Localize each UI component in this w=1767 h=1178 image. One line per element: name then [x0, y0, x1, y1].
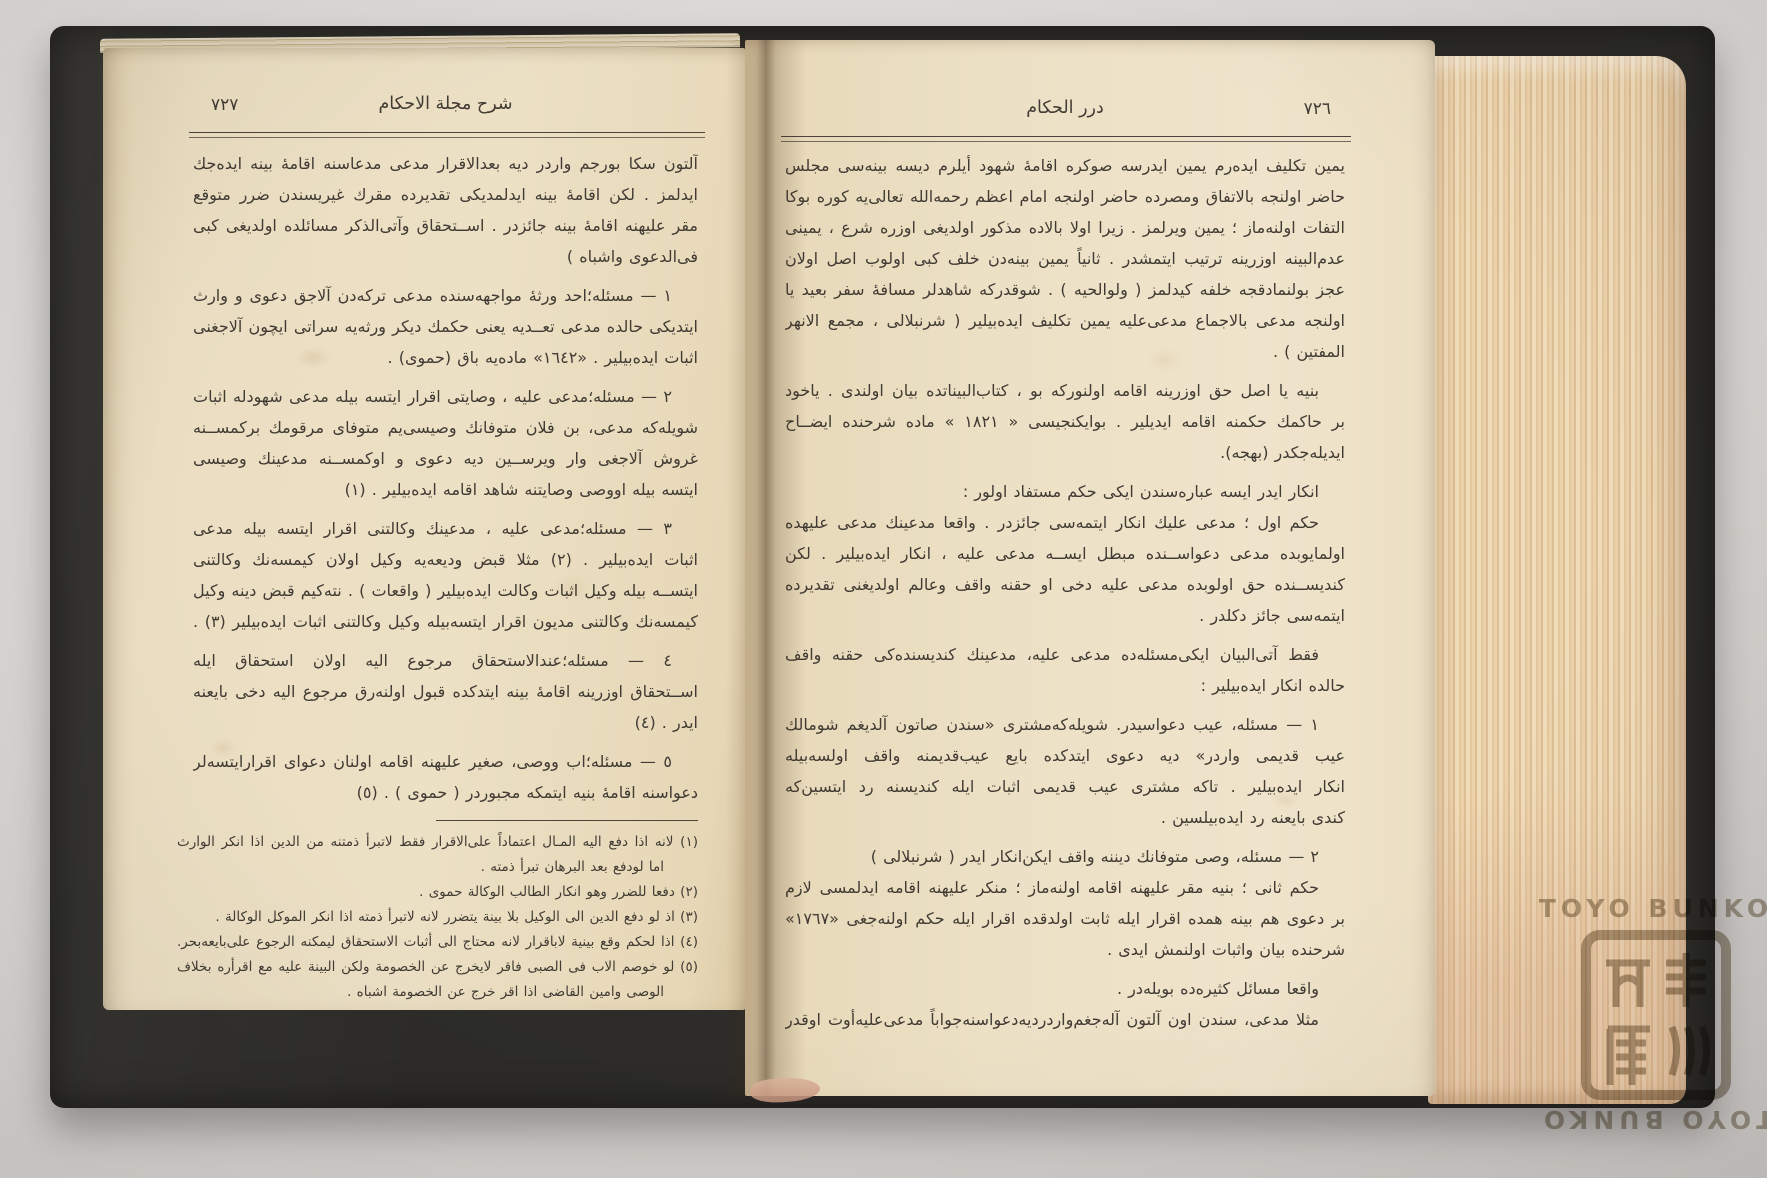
text-line: حكم اول ؛ مدعى عليك انكار ايتمه‌سى جائزد…: [785, 507, 1345, 538]
text-line: ٥ — مسئله؛اب ووصى، صغير عليهنه اقامه اول…: [193, 746, 698, 777]
right-page-header: ٧٢٦ درر الحكام: [785, 98, 1345, 128]
text-line: المفتين ) .: [785, 336, 1345, 367]
text-line: حاضر اولنجه بالاتفاق ومصرده حاضر اولنجه …: [785, 181, 1345, 212]
text-line: ايتســه بيله وكيل اثبات وكالت ايده‌بيلير…: [193, 575, 698, 606]
text-line: ٢ — مسئله؛مدعى عليه ، وصايتى اقرار ايتسه…: [193, 381, 698, 412]
text-line: فقط آتى‌البيان ايكى‌مسئله‌ده مدعى عليه، …: [785, 639, 1345, 670]
left-page-text: آلتون سكا بورجم واردر ديه بعدالاقرار مدع…: [193, 148, 698, 808]
toyo-bunko-text-bottom: TOYO BUNKO: [1538, 1105, 1767, 1134]
text-line: شرحنده بيان واثبات اولنمش ايدى .: [785, 934, 1345, 965]
text-line: (٥) لو خوصم الاب فى الصبى فاقر لايخرج عن…: [177, 955, 698, 980]
text-line: الوصى وامين القاضى اذا اقر خرج عن الخصوم…: [177, 980, 698, 1005]
text-line: ١ — مسئله؛احد ورثهٔ مواجهه‌سنده مدعى ترك…: [193, 280, 698, 311]
text-line: اثبات ايده‌بيلير . (٢) مثلا قبض وديعه‌يه…: [193, 544, 698, 575]
left-page-header: ٧٢٧ شرح مجلة الاحكام: [193, 94, 698, 124]
text-line: فى‌الدعوى واشباه ): [193, 241, 698, 272]
text-line: ايديله‌جكدر (بهجه).: [785, 437, 1345, 468]
text-line: مثلا مدعى، سندن اون آلتون آله‌جغم‌واردرد…: [785, 1004, 1345, 1035]
text-line: انكار ايده‌بيلير . تاكه مشترى عيب قديمى …: [785, 771, 1345, 802]
text-line: شويله‌كه مدعى، بن فلان متوفانك وصيسى‌يم …: [193, 412, 698, 443]
text-line: غروش آلاجغى وار ويرســين ديه دعوى و اوكم…: [193, 443, 698, 474]
book: ٧٢٧ شرح مجلة الاحكام آلتون سكا بورجم وار…: [50, 26, 1715, 1108]
text-line: (١) لانه اذا دفع اليه المـال اعتماداً عل…: [177, 830, 698, 855]
text-line: التفات اولنه‌ماز ؛ يمين ويرلمز . زيرا او…: [785, 212, 1345, 243]
left-page-footnotes: (١) لانه اذا دفع اليه المـال اعتماداً عل…: [177, 830, 698, 1005]
fore-edge-page-block: [1428, 56, 1686, 1104]
text-line: ٤ — مسئله؛عندالاستحقاق مرجوع اليه اولان …: [193, 645, 698, 676]
text-line: اولمايوبده مدعى دعواســنده مبطل ايســه م…: [785, 538, 1345, 569]
text-line: اولنجه مدعى بالاجماع مدعى‌عليه يمين تكلي…: [785, 305, 1345, 336]
text-line: دعواسنه اقامهٔ بنيه ايتمكه مجبوردر ( حمو…: [193, 777, 698, 808]
text-line: اثبات ايده‌بيلير . «١٦٤٢» ماده‌يه باق (ح…: [193, 342, 698, 373]
photo-background: ٧٢٧ شرح مجلة الاحكام آلتون سكا بورجم وار…: [0, 0, 1767, 1178]
text-line: حالده انكار ايده‌بيلير :: [785, 670, 1345, 701]
text-line: يمين تكليف ايده‌رم يمين ايدرسه صوكره اقا…: [785, 150, 1345, 181]
text-line: ٢ — مسئله، وصى متوفانك ديننه واقف ايكن‌ا…: [785, 841, 1345, 872]
text-line: ايتديكى حالده مدعى تعــديه يعنى حكمك ديك…: [193, 311, 698, 342]
left-page: ٧٢٧ شرح مجلة الاحكام آلتون سكا بورجم وار…: [103, 48, 745, 1010]
text-line: آلتون سكا بورجم واردر ديه بعدالاقرار مدع…: [193, 148, 698, 179]
text-line: عجز بولنمادقجه خلفه كيدلمز ( ولوالحيه ) …: [785, 274, 1345, 305]
text-line: كنديســنده حق اولوبده مدعى عليه دخى او ح…: [785, 569, 1345, 600]
left-page-title: شرح مجلة الاحكام: [193, 94, 698, 114]
text-line: مقر عليهنه اقامهٔ بينه جائزدر . اســتحقا…: [193, 210, 698, 241]
text-line: بنيه يا اصل حق اوزرينه اقامه اولنوركه بو…: [785, 375, 1345, 406]
text-line: انكار ايدر ايسه عباره‌سندن ايكى حكم مستف…: [785, 476, 1345, 507]
text-line: حكم ثانى ؛ بنيه مقر عليهنه اقامه اولنه‌م…: [785, 872, 1345, 903]
footnote-separator: [436, 820, 698, 821]
text-line: كندى بايعنه رد ايده‌بيلسين .: [785, 802, 1345, 833]
text-line: بر دعوى هم بينه همده اقرار ايله ثابت اول…: [785, 903, 1345, 934]
right-page-title: درر الحكام: [785, 98, 1345, 118]
text-line: عيب قديمى واردر» ديه دعوى ايتدكده بايع ع…: [785, 740, 1345, 771]
text-line: ايدلمز . لكن اقامهٔ بينه ايدلمديكى تقدير…: [193, 179, 698, 210]
text-line: عدم‌البينه اوزرينه ترتيب ايتمشدر . ثانيا…: [785, 243, 1345, 274]
text-line: كيمسه‌نك وكالتنى مديون اقرار ايتسه‌بيله …: [193, 606, 698, 637]
right-page: ٧٢٦ درر الحكام يمين تكليف ايده‌رم يمين ا…: [745, 40, 1435, 1096]
text-line: (٤) اذا لحكم وقع بينية لاباقرار لانه محت…: [177, 930, 698, 955]
text-line: اما لودفع بعد البرهان تبرأ ذمته .: [177, 855, 698, 880]
left-header-rule: [189, 132, 705, 138]
text-line: بر حاكمك حكمنه اقامه ايديلير . بوايكنجيس…: [785, 406, 1345, 437]
text-line: (٢) دفعا للضرر وهو انكار الطالب الوكالة …: [177, 880, 698, 905]
right-header-rule: [781, 136, 1351, 142]
text-line: ايتمه‌سى جائز دكلدر .: [785, 600, 1345, 631]
right-page-text: يمين تكليف ايده‌رم يمين ايدرسه صوكره اقا…: [785, 150, 1345, 1035]
text-line: ١ — مسئله، عيب دعواسيدر. شويله‌كه‌مشترى …: [785, 709, 1345, 740]
text-line: (٣) اذ لو دفع الدين الى الوكيل بلا بينة …: [177, 905, 698, 930]
text-line: اســتحقاق اوزرينه اقامهٔ بينه ايتدكده قب…: [193, 676, 698, 707]
text-line: ايتسه بيله اووصى وصايتنه شاهد اقامه ايده…: [193, 474, 698, 505]
text-line: ٣ — مسئله؛مدعى عليه ، مدعينك وكالتنى اقر…: [193, 513, 698, 544]
text-line: ايدر . (٤): [193, 707, 698, 738]
text-line: واقعا مسائل كثيره‌ده بويله‌در .: [785, 973, 1345, 1004]
